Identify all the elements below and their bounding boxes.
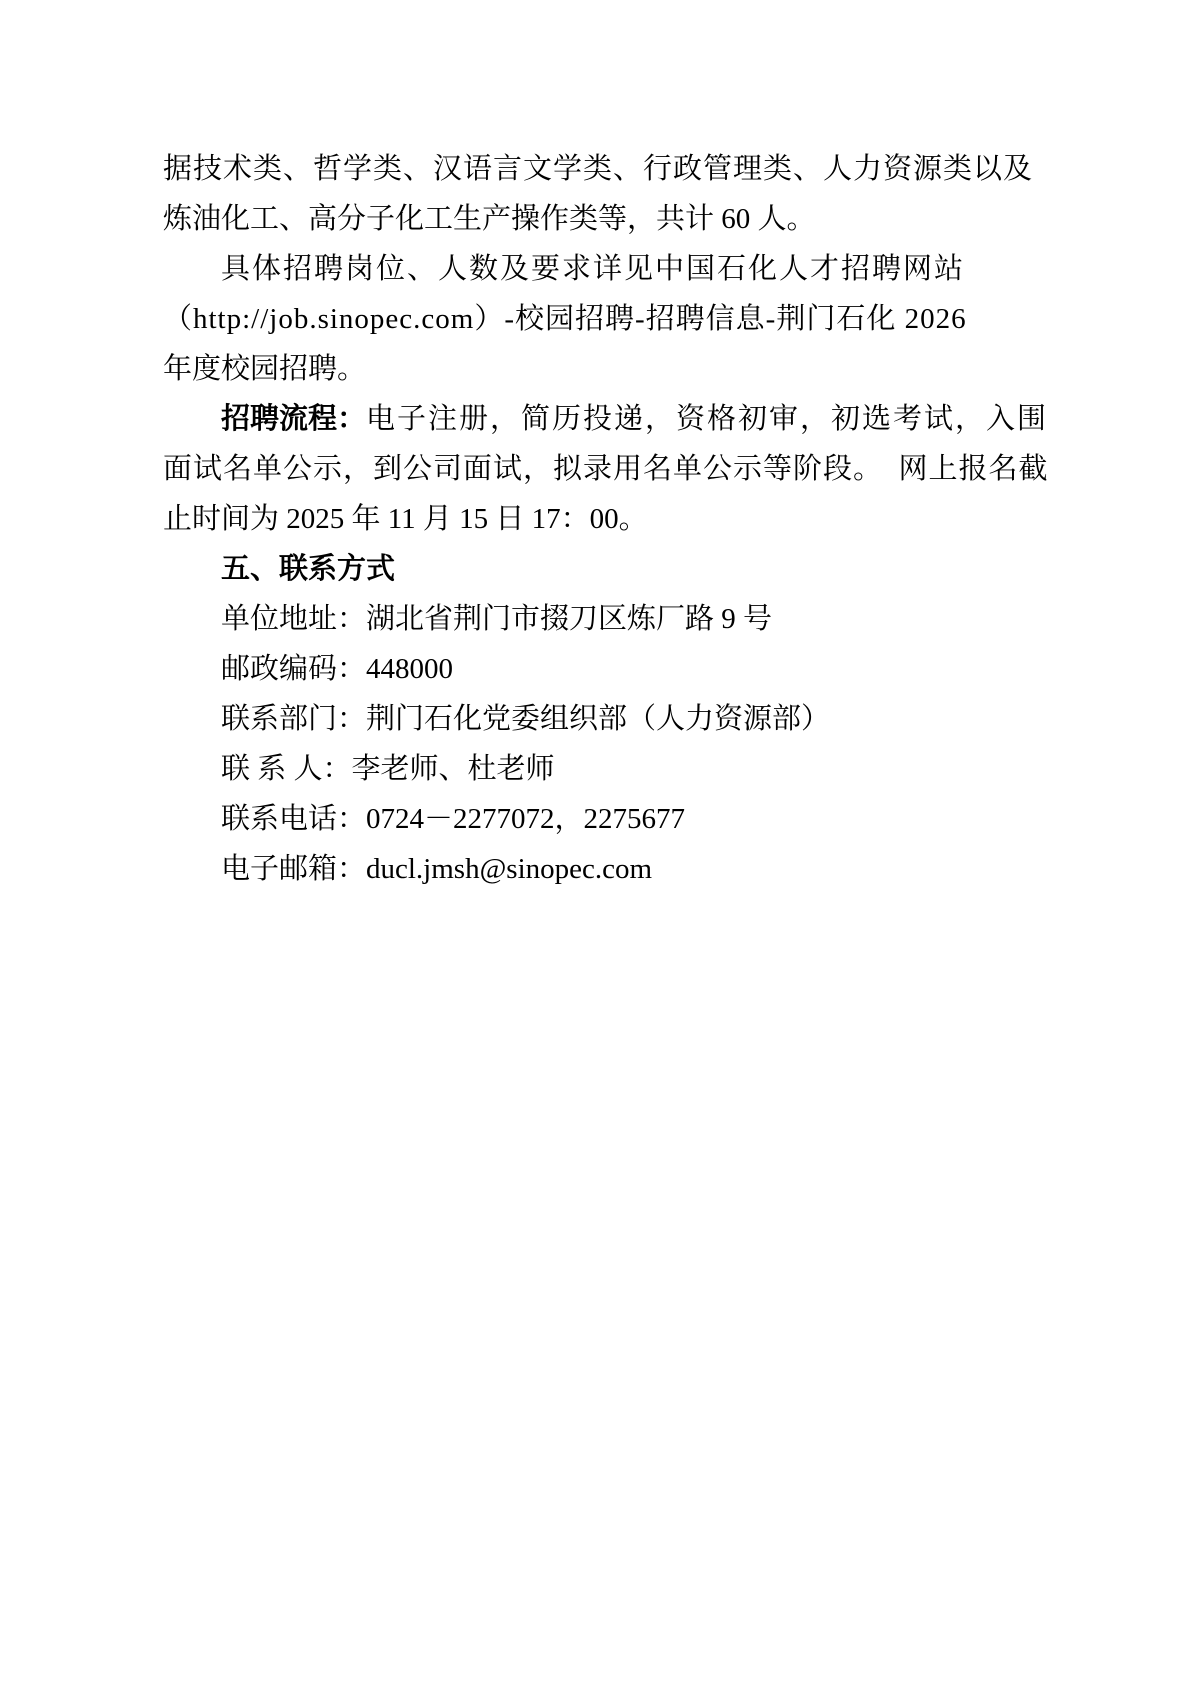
- classification-line-2: 炼油化工、高分子化工生产操作类等，共计 60 人。: [163, 194, 1041, 244]
- contact-email-line: 电子邮箱：ducl.jmsh@sinopec.com: [163, 844, 1041, 894]
- contact-phone-line: 联系电话：0724－2277072，2275677: [163, 794, 1041, 844]
- contact-address-line: 单位地址：湖北省荆门市掇刀区炼厂路 9 号: [163, 594, 1041, 644]
- classification-line-1: 据技术类、哲学类、汉语言文学类、行政管理类、人力资源类以及: [163, 144, 1041, 194]
- document-body: 据技术类、哲学类、汉语言文学类、行政管理类、人力资源类以及 炼油化工、高分子化工…: [163, 144, 1041, 894]
- contact-person-line: 联 系 人：李老师、杜老师: [163, 744, 1041, 794]
- process-line-3: 止时间为 2025 年 11 月 15 日 17：00。: [163, 494, 1041, 544]
- detail-line-1: 具体招聘岗位、人数及要求详见中国石化人才招聘网站: [163, 244, 1041, 294]
- detail-line-url: （http://job.sinopec.com）-校园招聘-招聘信息-荆门石化 …: [163, 294, 1041, 344]
- process-line-1-text: 电子注册，简历投递，资格初审，初选考试，入围: [366, 403, 1048, 435]
- process-line-2: 面试名单公示，到公司面试，拟录用名单公示等阶段。 网上报名截: [163, 444, 1041, 494]
- detail-line-3: 年度校园招聘。: [163, 344, 1041, 394]
- process-line-1: 招聘流程：电子注册，简历投递，资格初审，初选考试，入围: [163, 394, 1041, 444]
- document-page: 据技术类、哲学类、汉语言文学类、行政管理类、人力资源类以及 炼油化工、高分子化工…: [0, 0, 1191, 1684]
- contact-department-line: 联系部门：荆门石化党委组织部（人力资源部）: [163, 694, 1041, 744]
- contact-postcode-line: 邮政编码：448000: [163, 644, 1041, 694]
- section-heading-contact: 五、联系方式: [163, 544, 1041, 594]
- process-lead-label: 招聘流程：: [221, 403, 366, 435]
